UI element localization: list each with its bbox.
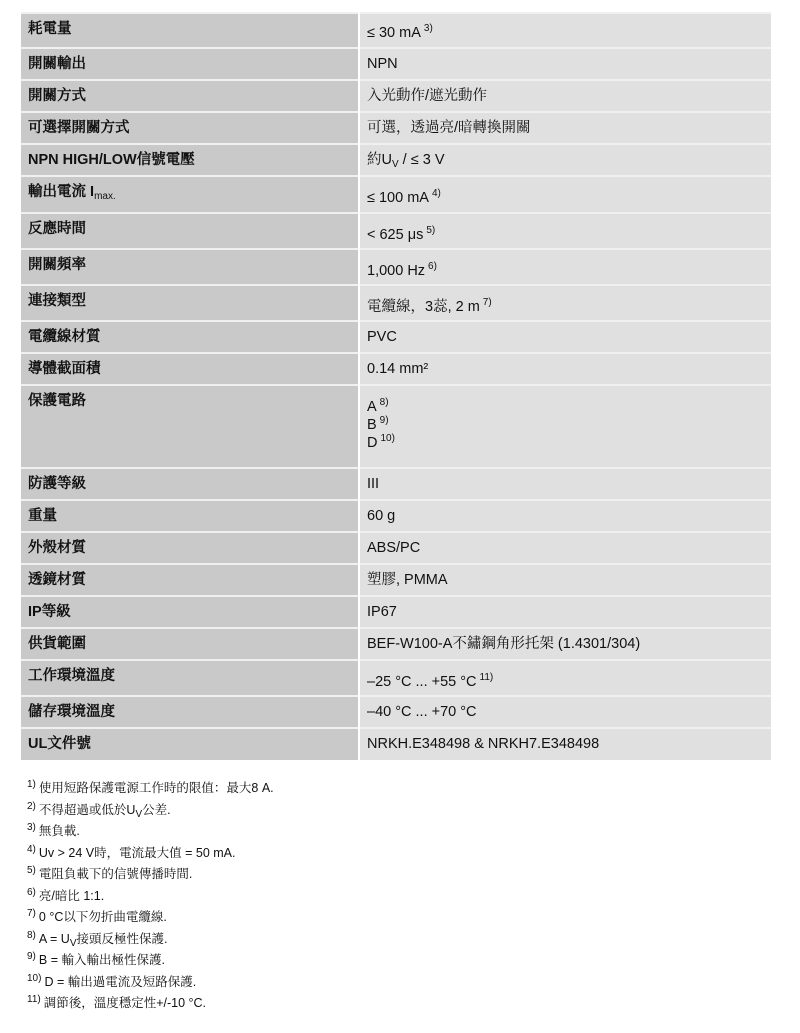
footnote-text: 電阻負載下的信號傳播時間.: [39, 867, 192, 881]
spec-value: III: [359, 468, 771, 500]
spec-label-text: 開關方式: [28, 88, 86, 104]
spec-value-text: ≤ 30 mA: [367, 25, 421, 41]
spec-value: ≤ 100 mA4): [359, 176, 771, 213]
spec-value: 可選，透過亮/暗轉換開關: [359, 112, 771, 144]
spec-row: 透鏡材質塑膠, PMMA: [21, 564, 771, 596]
footnote-number: 5): [27, 865, 36, 876]
spec-value-text: 1,000 Hz: [367, 263, 425, 279]
spec-value-text: NPN: [367, 56, 398, 72]
spec-row: 開關頻率1,000 Hz6): [21, 249, 771, 285]
spec-value-text: III: [367, 476, 379, 492]
spec-label: 連接類型: [21, 285, 359, 321]
spec-value-line: D10): [367, 434, 764, 452]
spec-label: UL文件號: [21, 728, 359, 760]
spec-value: –40 °C ... +70 °C: [359, 696, 771, 728]
spec-label-text: 外殼材質: [28, 540, 86, 556]
spec-label: 導體截面積: [21, 353, 359, 385]
spec-label-text: 防護等級: [28, 476, 86, 492]
spec-value-text: / ≤ 3 V: [399, 152, 445, 168]
spec-label-text: 反應時間: [28, 221, 86, 237]
spec-row: 開關方式入光動作/遮光動作: [21, 80, 771, 112]
spec-label: 開關頻率: [21, 249, 359, 285]
footnote-number: 1): [27, 779, 36, 790]
spec-row: 可選擇開關方式可選，透過亮/暗轉換開關: [21, 112, 771, 144]
spec-label: 電纜線材質: [21, 321, 359, 353]
spec-row: 耗電量≤ 30 mA3): [21, 13, 771, 48]
spec-value-line: 60 g: [367, 508, 395, 524]
spec-label: 儲存環境溫度: [21, 696, 359, 728]
spec-label: IP等級: [21, 596, 359, 628]
spec-label: 重量: [21, 500, 359, 532]
spec-value-line: ≤ 100 mA4): [367, 190, 441, 206]
spec-value-line: NPN: [367, 56, 398, 72]
spec-value-text: ABS/PC: [367, 540, 420, 556]
footnote-ref: 9): [380, 415, 389, 426]
spec-table: 耗電量≤ 30 mA3)開關輸出NPN開關方式入光動作/遮光動作可選擇開關方式可…: [21, 12, 771, 760]
spec-label-text: 耗電量: [28, 21, 72, 37]
spec-value: 約UV / ≤ 3 V: [359, 144, 771, 176]
spec-value-text: BEF-W100-A不鏽鋼角形托架 (1.4301/304): [367, 636, 640, 652]
spec-value-line: 電纜線，3蕊, 2 m7): [367, 299, 492, 315]
footnote-ref: 8): [380, 397, 389, 408]
spec-value-text: B: [367, 417, 377, 433]
spec-label: NPN HIGH/LOW信號電壓: [21, 144, 359, 176]
footnote-text-prefix: A = U: [39, 932, 70, 946]
spec-label: 防護等級: [21, 468, 359, 500]
spec-value: A8)B9)D10): [359, 385, 771, 468]
spec-value: 入光動作/遮光動作: [359, 80, 771, 112]
footnote-number: 7): [27, 908, 36, 919]
spec-row: 工作環境溫度–25 °C ... +55 °C11): [21, 660, 771, 696]
spec-row: 外殼材質ABS/PC: [21, 532, 771, 564]
spec-value-line: ABS/PC: [367, 540, 420, 556]
spec-value-line: 1,000 Hz6): [367, 263, 437, 279]
spec-value: 0.14 mm²: [359, 353, 771, 385]
spec-label-text: 開關輸出: [28, 56, 86, 72]
spec-label: 供貨範圍: [21, 628, 359, 660]
spec-value-text: –25 °C ... +55 °C: [367, 674, 477, 690]
spec-value-text: < 625 μs: [367, 227, 423, 243]
spec-value-text: 入光動作/遮光動作: [367, 88, 487, 104]
spec-label: 開關輸出: [21, 48, 359, 80]
footnote-subscript: V: [70, 938, 77, 949]
footnote-ref: 3): [424, 23, 433, 34]
spec-value-line: B9): [367, 416, 764, 434]
spec-value-text: 塑膠, PMMA: [367, 572, 448, 588]
spec-label: 外殼材質: [21, 532, 359, 564]
spec-label-text: NPN HIGH/LOW信號電壓: [28, 152, 195, 168]
footnote-number: 4): [27, 844, 36, 855]
spec-value: NRKH.E348498 & NRKH7.E348498: [359, 728, 771, 760]
footnote-item: 11)調節後，溫度穩定性+/-10 °C.: [27, 991, 767, 1013]
footnote-number: 3): [27, 822, 36, 833]
spec-value-line: 塑膠, PMMA: [367, 572, 448, 588]
footnote-text: 接頭反極性保護.: [77, 932, 168, 946]
spec-value: –25 °C ... +55 °C11): [359, 660, 771, 696]
spec-value-text: PVC: [367, 329, 397, 345]
spec-label-text: 輸出電流 I: [28, 184, 94, 200]
spec-value-line: ≤ 30 mA3): [367, 25, 433, 41]
spec-value: < 625 μs5): [359, 213, 771, 249]
spec-value-text: NRKH.E348498 & NRKH7.E348498: [367, 736, 599, 752]
spec-value: 塑膠, PMMA: [359, 564, 771, 596]
spec-row: 防護等級III: [21, 468, 771, 500]
footnote-text-prefix: 不得超過或低於U: [39, 803, 136, 817]
footnote-number: 9): [27, 951, 36, 962]
spec-label-subscript: max.: [94, 191, 116, 202]
spec-label-text: 供貨範圍: [28, 636, 86, 652]
spec-row: 開關輸出NPN: [21, 48, 771, 80]
footnote-item: 5)電阻負載下的信號傳播時間.: [27, 862, 767, 884]
spec-row: 導體截面積0.14 mm²: [21, 353, 771, 385]
spec-value-text: 0.14 mm²: [367, 361, 428, 377]
spec-value-line: < 625 μs5): [367, 227, 435, 243]
footnote-ref: 4): [432, 188, 441, 199]
spec-row: 輸出電流 Imax.≤ 100 mA4): [21, 176, 771, 213]
spec-label-text: 工作環境溫度: [28, 668, 115, 684]
footnote-number: 10): [27, 973, 41, 984]
footnote-text: Uv > 24 V時，電流最大值 = 50 mA.: [39, 846, 236, 860]
footnote-text: 調節後，溫度穩定性+/-10 °C.: [44, 996, 206, 1010]
spec-value-text: 電纜線，3蕊, 2 m: [367, 299, 480, 315]
footnote-item: 10)D = 輸出過電流及短路保護.: [27, 970, 767, 992]
spec-value-line: 0.14 mm²: [367, 361, 428, 377]
footnote-text: 亮/暗比 1:1.: [39, 889, 104, 903]
spec-value: 1,000 Hz6): [359, 249, 771, 285]
spec-value-subscript: V: [392, 159, 399, 170]
spec-value-text: D: [367, 435, 377, 451]
spec-row: NPN HIGH/LOW信號電壓約UV / ≤ 3 V: [21, 144, 771, 176]
footnote-ref: 6): [428, 261, 437, 272]
footnote-text: B = 輸入輸出極性保護.: [39, 953, 165, 967]
spec-value-line: III: [367, 476, 379, 492]
footnote-item: 2)不得超過或低於UV公差.: [27, 798, 767, 820]
spec-value: BEF-W100-A不鏽鋼角形托架 (1.4301/304): [359, 628, 771, 660]
spec-label: 可選擇開關方式: [21, 112, 359, 144]
spec-label-text: IP等級: [28, 604, 71, 620]
footnote-item: 8)A = UV接頭反極性保護.: [27, 927, 767, 949]
spec-label-text: 重量: [28, 508, 57, 524]
spec-value-text: IP67: [367, 604, 397, 620]
spec-value: PVC: [359, 321, 771, 353]
spec-value: IP67: [359, 596, 771, 628]
spec-value-text: ≤ 100 mA: [367, 190, 429, 206]
footnote-item: 6)亮/暗比 1:1.: [27, 884, 767, 906]
spec-value-line: A8): [367, 398, 764, 416]
spec-value-prefix: 約U: [367, 152, 392, 168]
spec-value: NPN: [359, 48, 771, 80]
spec-value: ABS/PC: [359, 532, 771, 564]
footnote-item: 3)無負載.: [27, 819, 767, 841]
spec-label-text: 儲存環境溫度: [28, 704, 115, 720]
spec-value-line: IP67: [367, 604, 397, 620]
spec-label: 輸出電流 Imax.: [21, 176, 359, 213]
spec-label: 透鏡材質: [21, 564, 359, 596]
spec-label: 保護電路: [21, 385, 359, 468]
footnote-item: 9)B = 輸入輸出極性保護.: [27, 948, 767, 970]
footnote-ref: 11): [480, 672, 494, 683]
spec-value-line: 約UV / ≤ 3 V: [367, 152, 445, 168]
footnote-number: 6): [27, 887, 36, 898]
footnote-text: 使用短路保護電源工作時的限值：最大8 A.: [39, 781, 274, 795]
footnote-number: 2): [27, 801, 36, 812]
spec-label-text: 電纜線材質: [28, 329, 101, 345]
footnote-ref: 7): [483, 297, 492, 308]
spec-value-text: –40 °C ... +70 °C: [367, 704, 477, 720]
spec-value-line: BEF-W100-A不鏽鋼角形托架 (1.4301/304): [367, 636, 640, 652]
spec-label-text: 開關頻率: [28, 257, 86, 273]
spec-label: 反應時間: [21, 213, 359, 249]
spec-value: 60 g: [359, 500, 771, 532]
spec-value-text: 60 g: [367, 508, 395, 524]
spec-value-line: –25 °C ... +55 °C11): [367, 674, 493, 690]
spec-row: 重量60 g: [21, 500, 771, 532]
spec-value-line: –40 °C ... +70 °C: [367, 704, 477, 720]
footnote-item: 1)使用短路保護電源工作時的限值：最大8 A.: [27, 776, 767, 798]
spec-label-text: 可選擇開關方式: [28, 120, 130, 136]
spec-value-text: 可選，透過亮/暗轉換開關: [367, 120, 531, 136]
spec-label-text: 導體截面積: [28, 361, 101, 377]
spec-value-line: 入光動作/遮光動作: [367, 88, 487, 104]
spec-label-text: 透鏡材質: [28, 572, 86, 588]
spec-row: 連接類型電纜線，3蕊, 2 m7): [21, 285, 771, 321]
footnote-item: 4)Uv > 24 V時，電流最大值 = 50 mA.: [27, 841, 767, 863]
spec-row: IP等級IP67: [21, 596, 771, 628]
footnote-text: 無負載.: [39, 824, 80, 838]
spec-label: 工作環境溫度: [21, 660, 359, 696]
footnote-item: 7)0 °C以下勿折曲電纜線.: [27, 905, 767, 927]
spec-value-line: PVC: [367, 329, 397, 345]
spec-row: 保護電路A8)B9)D10): [21, 385, 771, 468]
spec-value: 電纜線，3蕊, 2 m7): [359, 285, 771, 321]
spec-row: 電纜線材質PVC: [21, 321, 771, 353]
spec-value-text: A: [367, 399, 377, 415]
spec-row: 反應時間< 625 μs5): [21, 213, 771, 249]
spec-label-text: UL文件號: [28, 736, 91, 752]
footnote-text: 公差.: [142, 803, 170, 817]
spec-value-line: NRKH.E348498 & NRKH7.E348498: [367, 736, 599, 752]
footnote-text: D = 輸出過電流及短路保護.: [44, 975, 196, 989]
spec-label-text: 保護電路: [28, 393, 86, 409]
footnote-ref: 5): [426, 225, 435, 236]
footnote-text: 0 °C以下勿折曲電纜線.: [39, 910, 167, 924]
footnote-ref: 10): [380, 433, 394, 444]
spec-row: 供貨範圍BEF-W100-A不鏽鋼角形托架 (1.4301/304): [21, 628, 771, 660]
spec-value-line: 可選，透過亮/暗轉換開關: [367, 120, 531, 136]
spec-value: ≤ 30 mA3): [359, 13, 771, 48]
footnote-number: 8): [27, 930, 36, 941]
spec-row: 儲存環境溫度–40 °C ... +70 °C: [21, 696, 771, 728]
spec-label: 耗電量: [21, 13, 359, 48]
footnote-number: 11): [27, 994, 41, 1005]
footnotes: 1)使用短路保護電源工作時的限值：最大8 A.2)不得超過或低於UV公差.3)無…: [27, 776, 767, 1013]
spec-row: UL文件號NRKH.E348498 & NRKH7.E348498: [21, 728, 771, 760]
spec-label: 開關方式: [21, 80, 359, 112]
spec-label-text: 連接類型: [28, 293, 86, 309]
